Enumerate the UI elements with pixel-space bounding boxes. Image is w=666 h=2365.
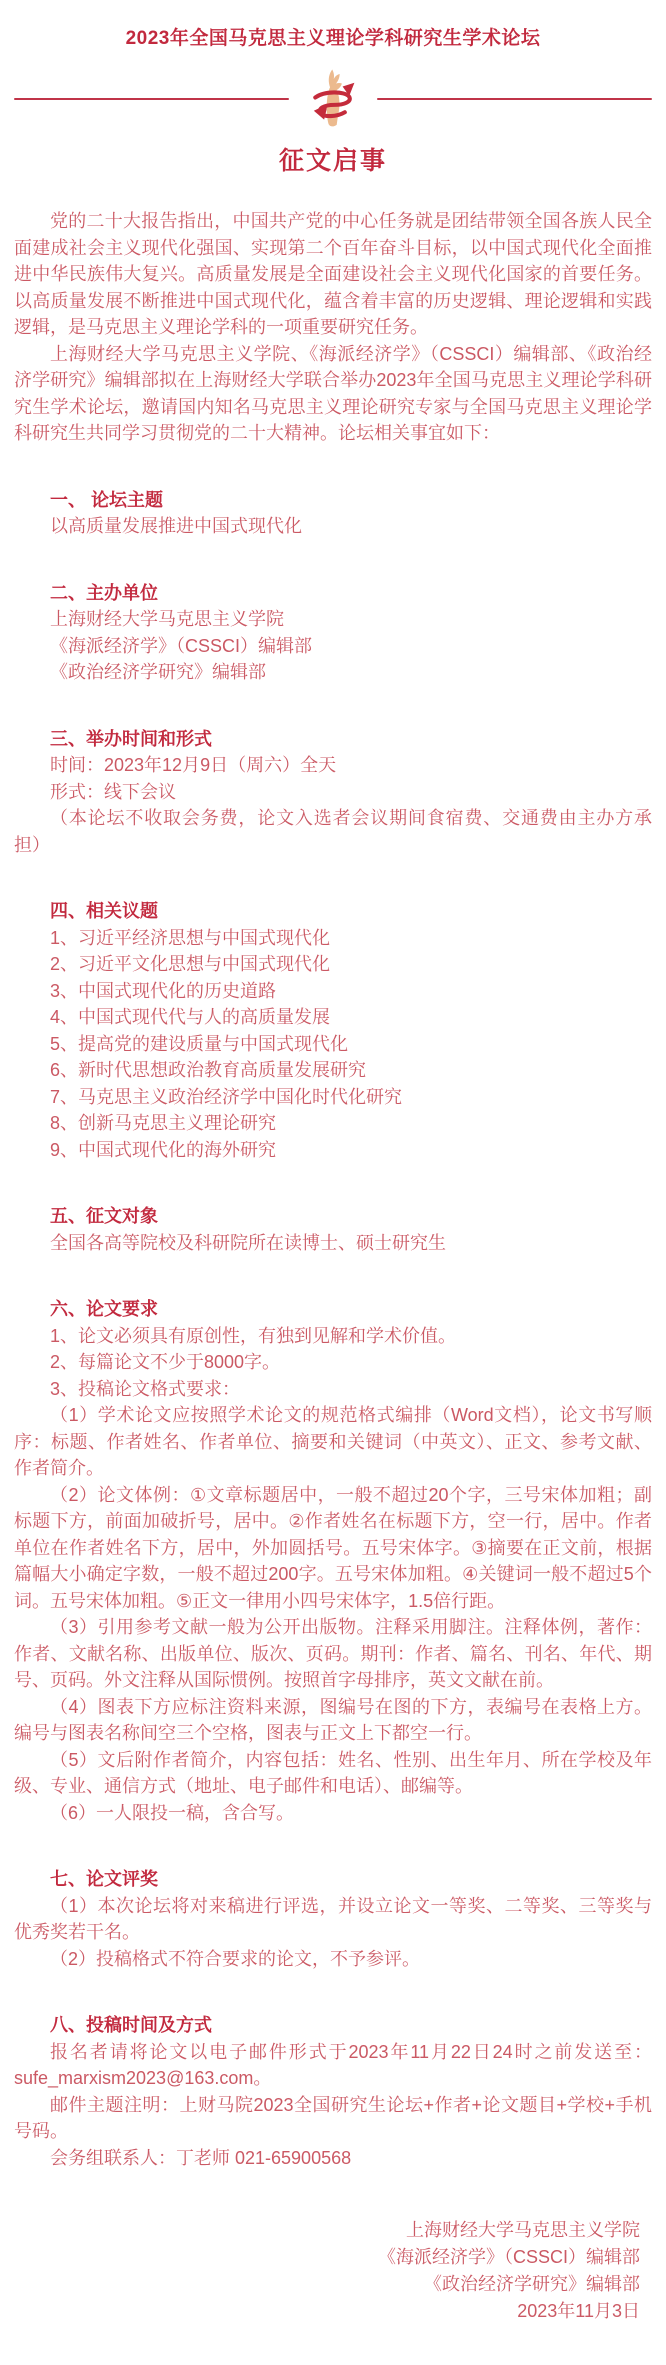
section-paragraph: （6）一人限投一稿，含合写。 [14, 1800, 652, 1827]
header-divider [14, 68, 652, 130]
section-paragraph: 5、提高党的建设质量与中国式现代化 [14, 1031, 652, 1058]
section-paragraph: 上海财经大学马克思主义学院 [14, 606, 652, 633]
section-paragraph: 2、习近平文化思想与中国式现代化 [14, 951, 652, 978]
section-paragraph: 7、马克思主义政治经济学中国化时代化研究 [14, 1084, 652, 1111]
section-paragraph: 4、中国式现代代与人的高质量发展 [14, 1004, 652, 1031]
section-heading: 五、征文对象 [14, 1203, 652, 1230]
section-heading: 三、举办时间和形式 [14, 726, 652, 753]
section-paragraph: （3）引用参考文献一般为公开出版物。注释采用脚注。注释体例，著作：作者、文献名称… [14, 1614, 652, 1694]
section-paragraph: （1）学术论文应按照学术论文的规范格式编排（Word文档），论文书写顺序：标题、… [14, 1402, 652, 1482]
section-paragraph: 报名者请将论文以电子邮件形式于2023年11月22日24时之前发送至：sufe_… [14, 2039, 652, 2092]
signature-line: 《政治经济学研究》编辑部 [14, 2271, 640, 2298]
section-paragraph: 《海派经济学》（CSSCI）编辑部 [14, 633, 652, 660]
hand-with-ribbon-emblem-icon [301, 68, 365, 130]
divider-line-right [377, 98, 652, 100]
section-paragraph: （2）投稿格式不符合要求的论文，不予参评。 [14, 1946, 652, 1973]
section-paragraph: 时间：2023年12月9日（周六）全天 [14, 752, 652, 779]
signature-date: 2023年11月3日 [14, 2298, 640, 2325]
section-paragraph: 全国各高等院校及科研院所在读博士、硕士研究生 [14, 1230, 652, 1257]
signature-block: 上海财经大学马克思主义学院 《海派经济学》（CSSCI）编辑部 《政治经济学研究… [14, 2217, 652, 2325]
section-paragraph: 3、中国式现代化的历史道路 [14, 978, 652, 1005]
section-paragraph: 3、投稿论文格式要求： [14, 1376, 652, 1403]
section-paragraph: 会务组联系人：丁老师 021-65900568 [14, 2145, 652, 2172]
signature-line: 上海财经大学马克思主义学院 [14, 2217, 640, 2244]
intro-paragraph: 上海财经大学马克思主义学院、《海派经济学》（CSSCI）编辑部、《政治经济学研究… [14, 341, 652, 447]
section-paragraph: 《政治经济学研究》编辑部 [14, 659, 652, 686]
section-heading: 四、相关议题 [14, 898, 652, 925]
section-heading: 六、论文要求 [14, 1296, 652, 1323]
section-paragraph: （4）图表下方应标注资料来源，图编号在图的下方，表编号在表格上方。编号与图表名称… [14, 1694, 652, 1747]
intro-paragraph: 党的二十大报告指出，中国共产党的中心任务就是团结带领全国各族人民全面建成社会主义… [14, 208, 652, 341]
section-paragraph: 形式：线下会议 [14, 779, 652, 806]
section-heading: 二、主办单位 [14, 580, 652, 607]
section-paragraph: （5）文后附作者简介，内容包括：姓名、性别、出生年月、所在学校及年级、专业、通信… [14, 1747, 652, 1800]
page-title: 征文启事 [14, 144, 652, 178]
section-paragraph: 6、新时代思想政治教育高质量发展研究 [14, 1057, 652, 1084]
section-paragraph: 1、习近平经济思想与中国式现代化 [14, 925, 652, 952]
section-paragraph: 1、论文必须具有原创性，有独到见解和学术价值。 [14, 1323, 652, 1350]
section-heading: 八、投稿时间及方式 [14, 2012, 652, 2039]
section-paragraph: （2）论文体例：①文章标题居中，一般不超过20个字，三号宋体加粗；副标题下方，前… [14, 1482, 652, 1615]
section-paragraph: 邮件主题注明：上财马院2023全国研究生论坛+作者+论文题目+学校+手机号码。 [14, 2092, 652, 2145]
divider-line-left [14, 98, 289, 100]
section-paragraph: 2、每篇论文不少于8000字。 [14, 1349, 652, 1376]
section-paragraph: （本论坛不收取会务费，论文入选者会议期间食宿费、交通费由主办方承担） [14, 805, 652, 858]
section-paragraph: （1）本次论坛将对来稿进行评选，并设立论文一等奖、二等奖、三等奖与优秀奖若干名。 [14, 1893, 652, 1946]
section-heading: 七、论文评奖 [14, 1866, 652, 1893]
document-content: 党的二十大报告指出，中国共产党的中心任务就是团结带领全国各族人民全面建成社会主义… [14, 208, 652, 2171]
section-heading: 一、 论坛主题 [14, 487, 652, 514]
section-paragraph: 9、中国式现代化的海外研究 [14, 1137, 652, 1164]
section-paragraph: 8、创新马克思主义理论研究 [14, 1110, 652, 1137]
forum-title: 2023年全国马克思主义理论学科研究生学术论坛 [14, 26, 652, 52]
signature-line: 《海派经济学》（CSSCI）编辑部 [14, 2244, 640, 2271]
announcement-document: 2023年全国马克思主义理论学科研究生学术论坛 征文启事 党的二十大报告指出，中… [0, 0, 666, 2365]
section-paragraph: 以高质量发展推进中国式现代化 [14, 513, 652, 540]
